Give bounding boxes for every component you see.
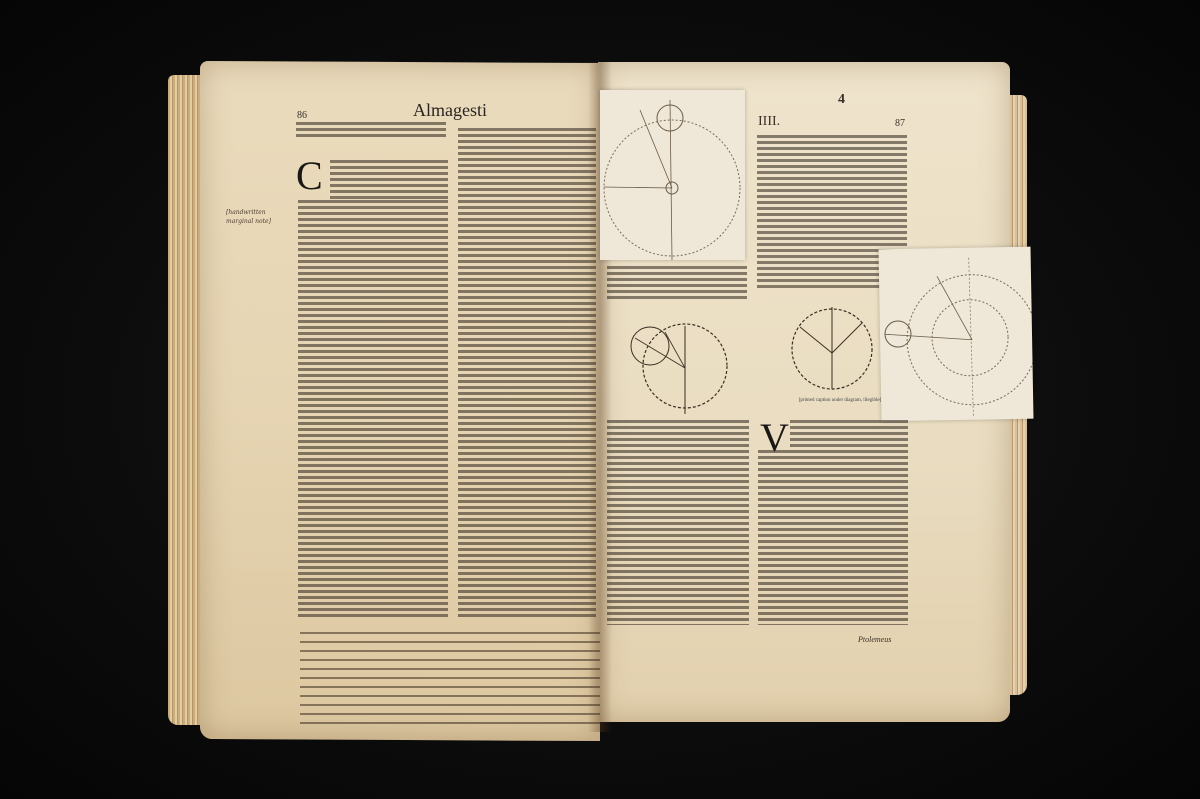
lower-right-column-text xyxy=(758,450,908,625)
right-column-text xyxy=(458,128,596,618)
right-folio: 87 xyxy=(895,118,905,129)
epicycle-diagram-fold-out xyxy=(879,247,1034,422)
left-column-text xyxy=(298,200,448,618)
epicycle-diagram-middle-left xyxy=(625,318,735,418)
catchword: Ptolemeus xyxy=(858,635,891,644)
left-drop-cap: C xyxy=(296,156,323,196)
epicycle-diagram-middle-center xyxy=(790,305,880,395)
left-column-text-start xyxy=(330,160,448,200)
pasted-slip-top xyxy=(600,90,745,260)
right-left-column-text xyxy=(607,266,747,302)
left-folio: 86 xyxy=(297,110,307,121)
epicycle-diagram-top-left xyxy=(600,90,745,260)
left-intro-lines xyxy=(296,122,446,140)
handwritten-paragraph xyxy=(300,632,600,728)
lower-right-column-text-start xyxy=(790,420,908,448)
section-label: IIII. xyxy=(758,114,780,130)
marginal-note: [handwritten marginal note] xyxy=(226,208,286,226)
book-marker: 4 xyxy=(838,92,845,108)
lower-left-column-text xyxy=(607,420,749,625)
running-head: Almagesti xyxy=(413,100,487,121)
pasted-slip-foldout xyxy=(879,247,1034,422)
